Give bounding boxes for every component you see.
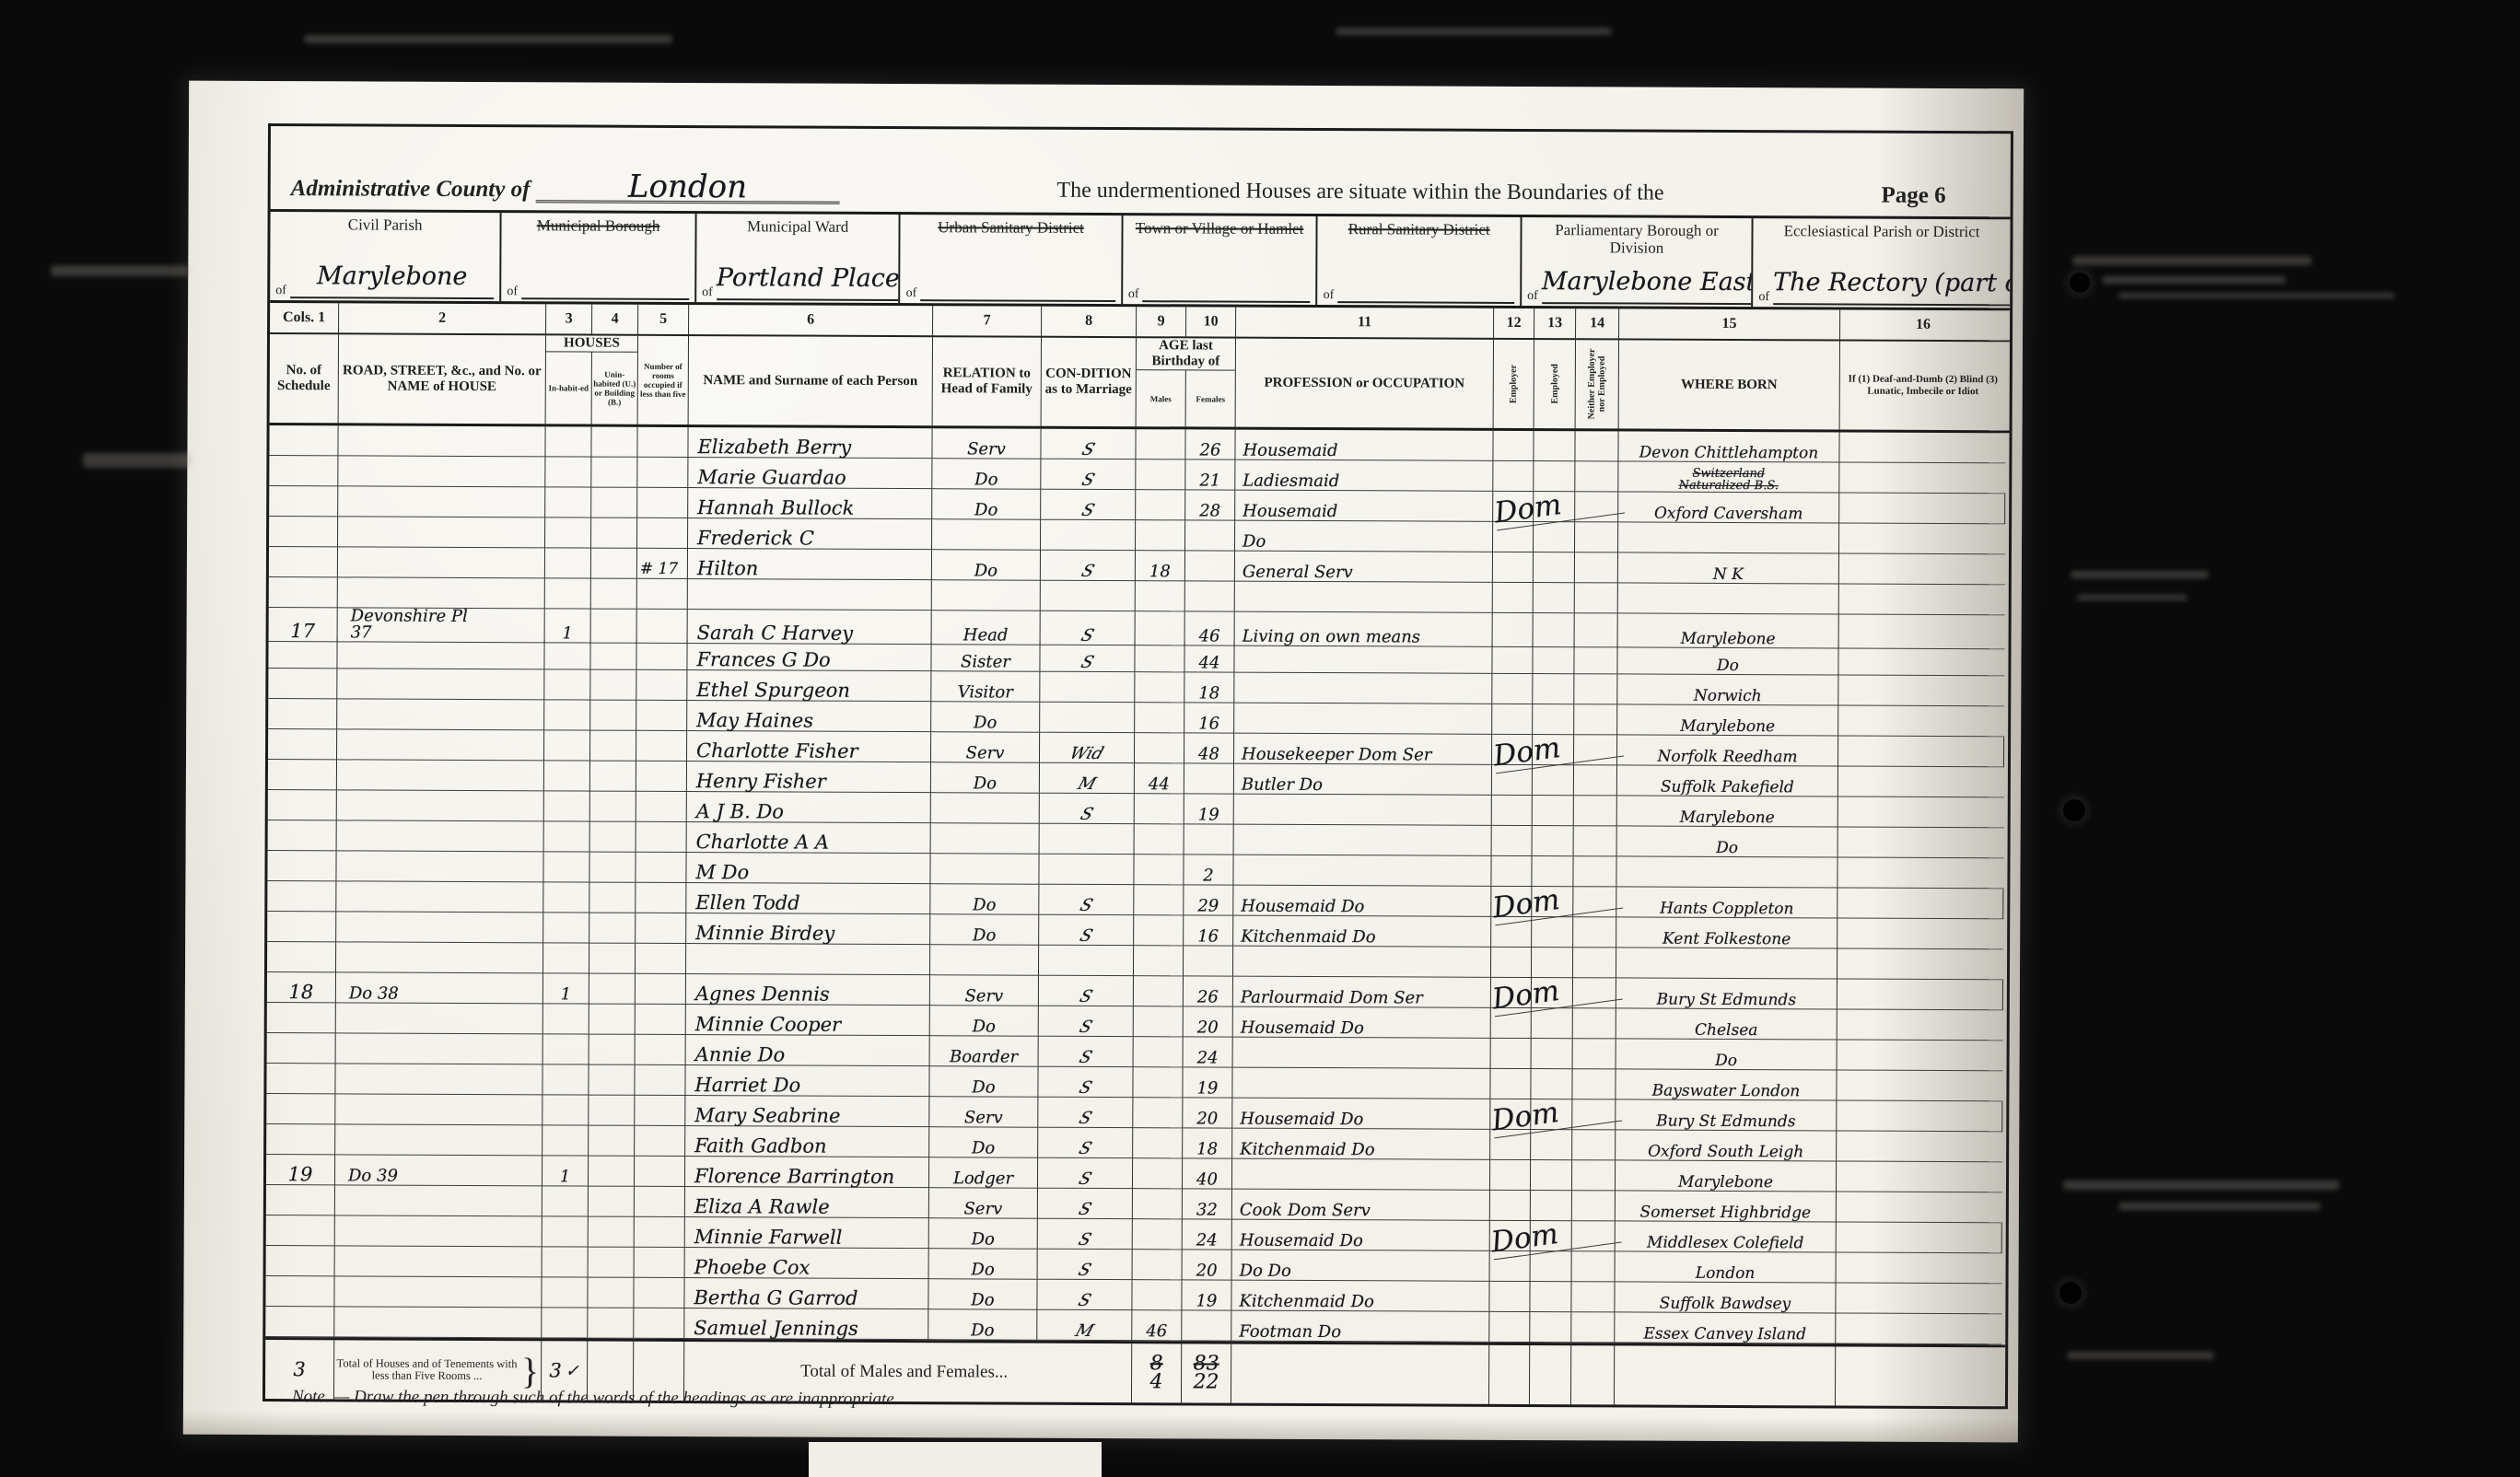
header-where-born: WHERE BORN	[1619, 340, 1840, 429]
cell-schedule	[268, 790, 337, 820]
col-num-6: 6	[689, 305, 933, 335]
cell-relation: Do	[928, 1279, 1037, 1310]
cell-rooms	[636, 670, 687, 701]
cell-condition	[1039, 855, 1134, 885]
person-name: M Do	[695, 862, 749, 882]
cell-age-female: 18	[1184, 672, 1234, 703]
occupation-value: General Serv	[1235, 564, 1353, 582]
cell-name: Phoebe Cox	[685, 1248, 929, 1279]
cell-age-male	[1134, 1037, 1184, 1067]
cell-neither	[1572, 1099, 1616, 1130]
cell-inhabited	[544, 730, 590, 761]
cell-employed	[1531, 1099, 1572, 1130]
totals-brace: }	[521, 1349, 539, 1392]
cell-inhabited	[544, 639, 590, 669]
col-num-14: 14	[1576, 308, 1619, 338]
cell-uninhabited	[590, 701, 636, 731]
cell-age-female: 46	[1185, 611, 1235, 645]
person-name: Agnes Dennis	[695, 983, 830, 1005]
totals-spacer-8	[1836, 1346, 2001, 1406]
cell-relation	[932, 519, 1041, 551]
cell-name	[686, 944, 930, 975]
district-box-7: Parliamentary Borough or DivisionofMaryl…	[1522, 217, 1754, 307]
header-employed-label: Employed	[1549, 364, 1559, 403]
district-value-line: ofPortland Place	[702, 267, 893, 301]
cell-neither	[1572, 1191, 1616, 1221]
where-born-value: Suffolk Bawdsey	[1660, 1296, 1791, 1313]
cell-schedule	[269, 456, 338, 486]
cell-neither	[1574, 796, 1617, 826]
relation-value: Do	[971, 1261, 994, 1278]
where-born-value: SwitzerlandNaturalized B.S.	[1679, 468, 1779, 492]
cell-rooms	[635, 1187, 685, 1217]
cell-occupation: Do	[1235, 521, 1493, 552]
cell-uninhabited	[590, 792, 636, 822]
cell-where-born: Norfolk Reedham	[1617, 735, 1838, 766]
cell-employer	[1490, 1191, 1531, 1221]
header-houses-label: HOUSES	[564, 335, 620, 351]
relation-value: Do	[974, 471, 997, 488]
cell-age-male	[1136, 459, 1185, 490]
cell-employed	[1534, 552, 1575, 583]
cell-neither	[1573, 1008, 1616, 1039]
relation-value: Do	[971, 1291, 994, 1308]
cell-schedule	[266, 1124, 335, 1155]
cell-infirmities	[1839, 553, 2005, 585]
age-female-value: 18	[1198, 684, 1219, 702]
cell-inhabited	[542, 1125, 589, 1156]
cell-where-born	[1618, 583, 1839, 614]
where-born-value: Norwich	[1694, 688, 1762, 704]
district-label: Civil Parish	[275, 215, 494, 234]
cell-age-female	[1185, 520, 1235, 551]
cell-occupation: Do Do	[1232, 1250, 1490, 1282]
cell-employer	[1490, 1251, 1531, 1282]
cell-address	[336, 912, 543, 943]
person-name: Florence Barrington	[694, 1166, 894, 1187]
cell-neither	[1573, 978, 1616, 1008]
cell-age-female: 16	[1184, 915, 1233, 946]
district-value-handwritten	[1337, 270, 1514, 304]
person-name: Ellen Todd	[695, 892, 799, 913]
condition-value: S	[1079, 471, 1097, 489]
district-prefix: of	[275, 284, 286, 298]
person-name: Faith Gadbon	[694, 1135, 826, 1157]
relation-value: Serv	[964, 987, 1003, 1005]
cell-condition: S	[1041, 490, 1136, 520]
cell-neither	[1574, 735, 1617, 765]
cell-employed	[1534, 583, 1575, 613]
cell-schedule	[266, 1064, 335, 1094]
cell-age-female: 19	[1182, 1280, 1231, 1310]
scan-streak	[2102, 276, 2286, 284]
header-age-label: AGE last Birthday of	[1137, 338, 1235, 369]
col-num-7: 7	[933, 306, 1042, 336]
cell-relation: Boarder	[930, 1036, 1039, 1067]
cell-schedule	[269, 517, 338, 547]
cell-rooms	[636, 792, 687, 822]
cell-employer	[1489, 1282, 1530, 1312]
age-female-value: 19	[1196, 1079, 1218, 1097]
district-prefix: of	[702, 285, 713, 300]
col-num-2: 2	[339, 303, 546, 333]
cell-relation	[931, 823, 1040, 855]
header-females: Females	[1186, 369, 1235, 426]
cell-age-male	[1135, 733, 1184, 763]
occupation-value: Kitchenmaid Do	[1232, 1141, 1375, 1159]
cell-age-female: 20	[1183, 1098, 1232, 1128]
cell-age-female: 48	[1184, 733, 1234, 763]
cell-where-born: SwitzerlandNaturalized B.S.	[1618, 461, 1839, 493]
cell-rooms	[636, 1005, 686, 1035]
cell-inhabited	[544, 669, 590, 700]
cell-where-born: Suffolk Bawdsey	[1615, 1282, 1836, 1313]
where-born-value: Do	[1715, 1053, 1737, 1069]
district-value-handwritten: The Rectory (part of)	[1773, 272, 2011, 306]
district-label: Municipal Ward	[702, 217, 893, 236]
cell-occupation: Kitchenmaid Do	[1233, 916, 1491, 948]
condition-value: M	[1073, 1322, 1096, 1340]
cell-schedule	[267, 1033, 336, 1064]
schedule-number: 18	[288, 982, 313, 1002]
cell-where-born: Oxford Caversham	[1618, 492, 1839, 523]
totals-spacer-7	[1615, 1345, 1836, 1405]
relation-value: Do	[972, 1230, 995, 1248]
person-name: Bertha G Garrod	[694, 1287, 857, 1308]
totals-spacer-5	[1530, 1345, 1571, 1404]
age-male-value: 44	[1149, 775, 1170, 793]
cell-condition: S	[1040, 794, 1135, 824]
cell-neither	[1575, 583, 1618, 613]
district-box-8: Ecclesiastical Parish or DistrictofThe R…	[1753, 218, 2010, 308]
cell-neither	[1572, 1221, 1616, 1251]
cell-employer	[1493, 461, 1534, 492]
cell-employed	[1530, 1282, 1571, 1312]
cell-inhabited	[544, 700, 590, 730]
cell-address	[335, 1124, 542, 1156]
condition-value: S	[1076, 1262, 1093, 1279]
cell-schedule	[265, 1307, 334, 1337]
cell-occupation: Kitchenmaid Do	[1231, 1281, 1489, 1312]
where-born-value: Middlesex Colefield	[1647, 1235, 1803, 1252]
relation-value: Serv	[966, 744, 1005, 762]
cell-age-male	[1136, 581, 1185, 611]
cell-where-born: Do	[1617, 826, 1838, 857]
header-neither: Neither Employer nor Employed	[1576, 340, 1619, 428]
totals-females-value: 22	[1194, 1373, 1219, 1391]
scan-streak	[2118, 1203, 2321, 1210]
cell-inhabited	[544, 821, 590, 852]
cell-address	[337, 820, 544, 852]
cell-employer	[1491, 978, 1532, 1008]
cell-infirmities	[1839, 432, 2005, 463]
scan-streak	[83, 453, 192, 468]
cell-name: Agnes Dennis	[686, 974, 930, 1006]
cell-name	[688, 579, 932, 611]
where-born-value: London	[1696, 1265, 1756, 1282]
cell-where-born: Somerset Highbridge	[1616, 1191, 1837, 1222]
cell-age-male	[1132, 1280, 1182, 1310]
totals-houses-label: Total of Houses and of Tenements with le…	[336, 1357, 518, 1382]
cell-infirmities	[1839, 493, 2005, 524]
cell-inhabited	[543, 1004, 589, 1034]
cell-infirmities	[1837, 1161, 2002, 1192]
cell-name: Ellen Todd	[686, 883, 930, 914]
header-name: NAME and Surname of each Person	[689, 336, 933, 425]
cell-relation: Do	[929, 1127, 1038, 1158]
district-value-line: of	[1324, 270, 1515, 304]
district-box-6: Rural Sanitary Districtof	[1318, 216, 1522, 306]
cell-condition: S	[1038, 1250, 1133, 1280]
table-body: Elizabeth BerryServS26HousemaidDevon Chi…	[265, 425, 2009, 1344]
col-num-10: 10	[1186, 307, 1236, 336]
cell-age-male	[1136, 429, 1185, 459]
cell-infirmities	[1837, 1222, 2002, 1253]
cell-infirmities	[1838, 675, 2004, 706]
cell-inhabited	[543, 1034, 589, 1064]
cell-rooms	[635, 1126, 685, 1157]
person-name: Minnie Farwell	[694, 1227, 843, 1248]
cell-where-born: Bury St Edmunds	[1616, 1099, 1837, 1131]
age-female-value: 21	[1199, 471, 1220, 489]
cell-address	[336, 942, 543, 973]
cell-age-male	[1134, 855, 1184, 885]
cell-employer	[1492, 765, 1533, 796]
where-born-value: Chelsea	[1695, 1022, 1757, 1039]
cell-age-male	[1134, 1006, 1184, 1037]
cell-condition: M	[1037, 1310, 1132, 1341]
cell-address	[337, 669, 544, 700]
cell-rooms	[636, 701, 687, 731]
cell-inhabited: 1	[545, 609, 591, 643]
condition-value: S	[1078, 897, 1095, 914]
cell-employed	[1533, 826, 1574, 856]
header-schedule: No. of Schedule	[270, 334, 339, 423]
cell-neither	[1573, 917, 1616, 948]
cell-occupation: Housemaid Do	[1233, 1007, 1491, 1039]
where-born-value: Bayswater London	[1652, 1083, 1801, 1100]
header-employer-label: Employer	[1509, 365, 1519, 403]
cell-inhabited	[544, 791, 590, 821]
district-prefix: of	[1324, 288, 1335, 303]
cell-occupation: Footman Do	[1231, 1311, 1489, 1343]
where-born-value: Somerset Highbridge	[1640, 1204, 1812, 1222]
totals-males-value: 4	[1150, 1373, 1163, 1391]
cell-employer	[1492, 735, 1533, 765]
where-born-value: N K	[1713, 566, 1744, 583]
relation-value: Visitor	[958, 683, 1013, 701]
cell-employed	[1532, 948, 1573, 978]
district-value-handwritten: Portland Place	[717, 267, 900, 301]
cell-address: Do 38	[336, 972, 543, 1004]
cell-employed	[1534, 492, 1575, 522]
cell-infirmities	[1837, 1192, 2002, 1223]
cell-age-male	[1134, 946, 1184, 976]
cell-condition: S	[1038, 1189, 1133, 1219]
cell-employer	[1493, 613, 1534, 647]
cell-neither	[1572, 1160, 1616, 1191]
condition-value: S	[1076, 1231, 1093, 1249]
cell-age-female: 18	[1183, 1128, 1232, 1158]
cell-occupation	[1232, 1159, 1490, 1191]
cell-condition	[1041, 520, 1136, 551]
cell-employer	[1490, 1069, 1531, 1099]
cell-condition	[1041, 581, 1136, 611]
cell-employer	[1491, 887, 1532, 917]
header-houses: HOUSES In-habit-ed Unin-habited (U.) or …	[546, 335, 638, 424]
totals-spacer-6	[1571, 1345, 1615, 1404]
cell-condition	[1039, 946, 1134, 976]
cell-relation	[931, 793, 1040, 824]
county-value-handwritten: London	[535, 172, 839, 204]
header-relation: RELATION to Head of Family	[933, 337, 1042, 426]
cell-condition: S	[1039, 976, 1134, 1006]
cell-address	[338, 456, 545, 487]
cell-inhabited	[542, 1247, 589, 1277]
district-label: Ecclesiastical Parish or District	[1759, 222, 2005, 240]
cell-age-female	[1185, 581, 1235, 611]
person-name: Frances G Do	[696, 649, 830, 670]
cell-name: Charlotte A A	[687, 822, 931, 854]
cell-age-male	[1136, 611, 1185, 645]
occupation-value: Cook Dom Serv	[1232, 1202, 1371, 1220]
occupation-value: Kitchenmaid Do	[1231, 1293, 1374, 1311]
cell-condition: S	[1041, 459, 1136, 490]
cell-condition: S	[1038, 1098, 1133, 1128]
district-label: Town or Village or Hamlet	[1128, 219, 1311, 238]
where-born-value: Norfolk Reedham	[1658, 749, 1798, 766]
cell-employer	[1490, 1160, 1531, 1191]
age-male-value: 46	[1146, 1322, 1167, 1340]
cell-address	[336, 851, 543, 882]
cell-uninhabited	[589, 1035, 636, 1065]
cell-relation: Do	[928, 1309, 1037, 1341]
cell-rooms	[637, 427, 688, 458]
cell-employer	[1492, 674, 1533, 704]
cell-schedule	[266, 1215, 335, 1246]
occupation-value: Ladiesmaid	[1235, 472, 1339, 490]
cell-neither	[1573, 948, 1616, 978]
person-name: Hannah Bullock	[697, 497, 854, 518]
person-name: Harriet Do	[694, 1075, 800, 1096]
cell-age-male	[1134, 885, 1184, 915]
cell-age-female: 20	[1184, 1006, 1233, 1037]
cell-rooms	[636, 853, 686, 883]
cell-relation: Do	[932, 489, 1041, 520]
relation-value: Do	[974, 774, 997, 792]
cell-age-male	[1133, 1067, 1183, 1098]
scan-streak	[2118, 293, 2395, 298]
cell-rooms	[636, 731, 687, 762]
cell-condition: Wid	[1040, 733, 1135, 763]
cell-relation: Do	[932, 550, 1041, 581]
district-value-line: ofMarylebone East	[1527, 271, 1745, 305]
cell-employer	[1491, 856, 1532, 887]
cell-age-female: 2	[1184, 855, 1233, 885]
totals-spacer-4	[1489, 1345, 1530, 1404]
cell-where-born: Suffolk Pakefield	[1617, 765, 1838, 797]
cell-neither	[1575, 613, 1618, 647]
cell-occupation	[1234, 673, 1492, 704]
cell-inhabited	[543, 882, 589, 913]
cell-employer	[1491, 1039, 1532, 1069]
where-born-value: Marylebone	[1678, 1174, 1773, 1191]
col-num-3: 3	[546, 304, 592, 333]
cell-schedule	[266, 1185, 335, 1215]
occupation-value: Do Do	[1232, 1262, 1291, 1280]
cell-where-born: Chelsea	[1616, 1008, 1837, 1040]
totals-check-mark: ✓	[566, 1362, 579, 1379]
cell-name: Elizabeth Berry	[688, 427, 932, 459]
cell-uninhabited	[591, 458, 637, 488]
cell-occupation	[1233, 947, 1491, 978]
cell-uninhabited	[591, 579, 637, 610]
cell-occupation: Housekeeper Dom Ser	[1234, 734, 1492, 765]
person-name: Charlotte A A	[696, 832, 830, 853]
cell-employer	[1492, 796, 1533, 826]
header-road: ROAD, STREET, &c., and No. or NAME of HO…	[339, 334, 546, 424]
person-name: May Haines	[696, 710, 813, 731]
cell-relation: Head	[932, 611, 1041, 645]
cell-uninhabited	[589, 944, 636, 974]
cell-rooms	[635, 1157, 685, 1187]
cell-where-born: Bury St Edmunds	[1616, 978, 1837, 1009]
cell-name: May Haines	[687, 701, 931, 732]
cell-condition: S	[1039, 885, 1134, 915]
cell-employed	[1532, 1008, 1573, 1039]
cell-occupation: Housemaid	[1235, 430, 1493, 461]
cell-age-male	[1133, 1128, 1183, 1158]
cell-rooms	[635, 1065, 685, 1096]
cell-condition: S	[1037, 1280, 1132, 1310]
age-female-value: 19	[1198, 806, 1219, 823]
cell-age-male	[1133, 1250, 1183, 1280]
cell-uninhabited	[588, 1308, 634, 1339]
condition-value: S	[1077, 1049, 1094, 1066]
occupation-value: Housemaid Do	[1233, 1019, 1364, 1038]
cell-schedule	[269, 547, 338, 577]
cell-occupation	[1235, 582, 1493, 613]
totals-spacer-3	[1231, 1344, 1489, 1404]
boundaries-text: The undermentioned Houses are situate wi…	[839, 178, 1881, 209]
person-name: Phoebe Cox	[694, 1257, 811, 1278]
person-name: Frederick C	[697, 528, 814, 549]
address-handwritten: Devonshire Pl37	[338, 608, 468, 642]
cell-age-female: 26	[1185, 429, 1235, 459]
cell-where-born: Kent Folkestone	[1616, 917, 1837, 948]
cell-schedule	[267, 1003, 336, 1033]
district-prefix: of	[1527, 289, 1538, 304]
where-born-value: Bury St Edmunds	[1657, 992, 1796, 1009]
col-num-16: 16	[1840, 309, 2006, 340]
scan-streak	[2063, 1180, 2339, 1190]
age-female-value: 24	[1197, 1049, 1219, 1066]
cell-address	[338, 577, 545, 609]
cell-age-female: 40	[1183, 1158, 1232, 1189]
cell-inhabited	[543, 913, 589, 943]
cell-schedule	[267, 881, 336, 912]
cell-rooms	[634, 1308, 684, 1339]
cell-address	[335, 1064, 542, 1095]
cell-age-female: 24	[1184, 1037, 1233, 1067]
cell-neither	[1574, 674, 1617, 704]
district-value-handwritten: Marylebone	[290, 265, 495, 299]
cell-uninhabited	[589, 913, 636, 944]
occupation-value: Kitchenmaid Do	[1233, 928, 1376, 947]
person-name: Henry Fisher	[696, 771, 826, 792]
occupation-value: Butler Do	[1234, 776, 1323, 794]
cell-employed	[1531, 1191, 1572, 1221]
